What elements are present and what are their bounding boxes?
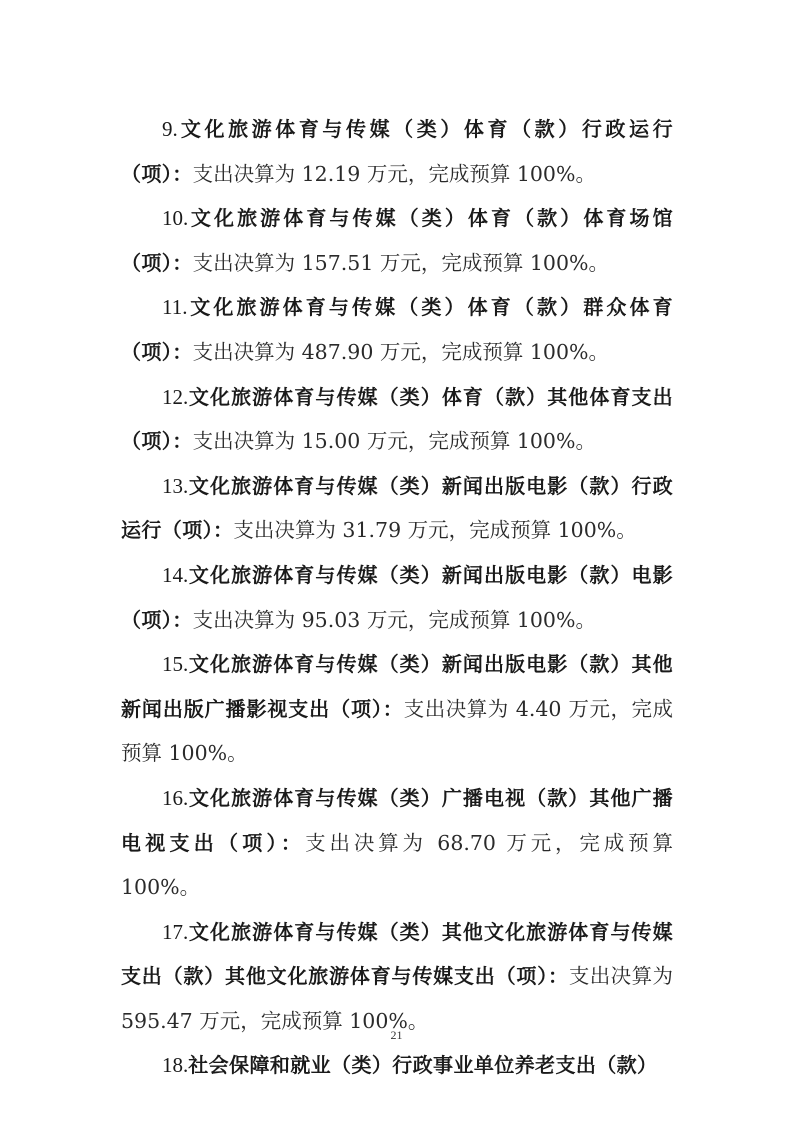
page-number: 21 bbox=[0, 1028, 793, 1043]
item-heading: 社会保障和就业（类）行政事业单位养老支出（款） bbox=[188, 1053, 657, 1077]
paragraph-item-13: 13.文化旅游体育与传媒（类）新闻出版电影（款）行政运行（项）：支出决算为 31… bbox=[121, 464, 673, 553]
item-text: 支出决算为 12.19 万元，完成预算 100%。 bbox=[193, 162, 596, 186]
paragraph-item-15: 15.文化旅游体育与传媒（类）新闻出版电影（款）其他新闻出版广播影视支出（项）：… bbox=[121, 642, 673, 776]
document-page: 9.文化旅游体育与传媒（类）体育（款）行政运行（项）：支出决算为 12.19 万… bbox=[121, 107, 673, 1088]
paragraph-item-9: 9.文化旅游体育与传媒（类）体育（款）行政运行（项）：支出决算为 12.19 万… bbox=[121, 107, 673, 196]
paragraph-item-17: 17.文化旅游体育与传媒（类）其他文化旅游体育与传媒支出（款）其他文化旅游体育与… bbox=[121, 910, 673, 1044]
paragraph-item-11: 11.文化旅游体育与传媒（类）体育（款）群众体育（项）：支出决算为 487.90… bbox=[121, 285, 673, 374]
item-text: 支出决算为 95.03 万元，完成预算 100%。 bbox=[193, 608, 596, 632]
paragraph-item-16: 16.文化旅游体育与传媒（类）广播电视（款）其他广播电视支出（项）：支出决算为 … bbox=[121, 776, 673, 910]
item-text: 支出决算为 487.90 万元，完成预算 100%。 bbox=[193, 340, 609, 364]
paragraph-item-12: 12.文化旅游体育与传媒（类）体育（款）其他体育支出（项）：支出决算为 15.0… bbox=[121, 375, 673, 464]
item-text: 支出决算为 157.51 万元，完成预算 100%。 bbox=[193, 251, 609, 275]
paragraph-item-18: 18.社会保障和就业（类）行政事业单位养老支出（款） bbox=[121, 1043, 673, 1088]
paragraph-item-10: 10.文化旅游体育与传媒（类）体育（款）体育场馆（项）：支出决算为 157.51… bbox=[121, 196, 673, 285]
item-text: 支出决算为 15.00 万元，完成预算 100%。 bbox=[193, 429, 596, 453]
paragraph-item-14: 14.文化旅游体育与传媒（类）新闻出版电影（款）电影（项）：支出决算为 95.0… bbox=[121, 553, 673, 642]
item-text: 支出决算为 31.79 万元，完成预算 100%。 bbox=[233, 518, 636, 542]
